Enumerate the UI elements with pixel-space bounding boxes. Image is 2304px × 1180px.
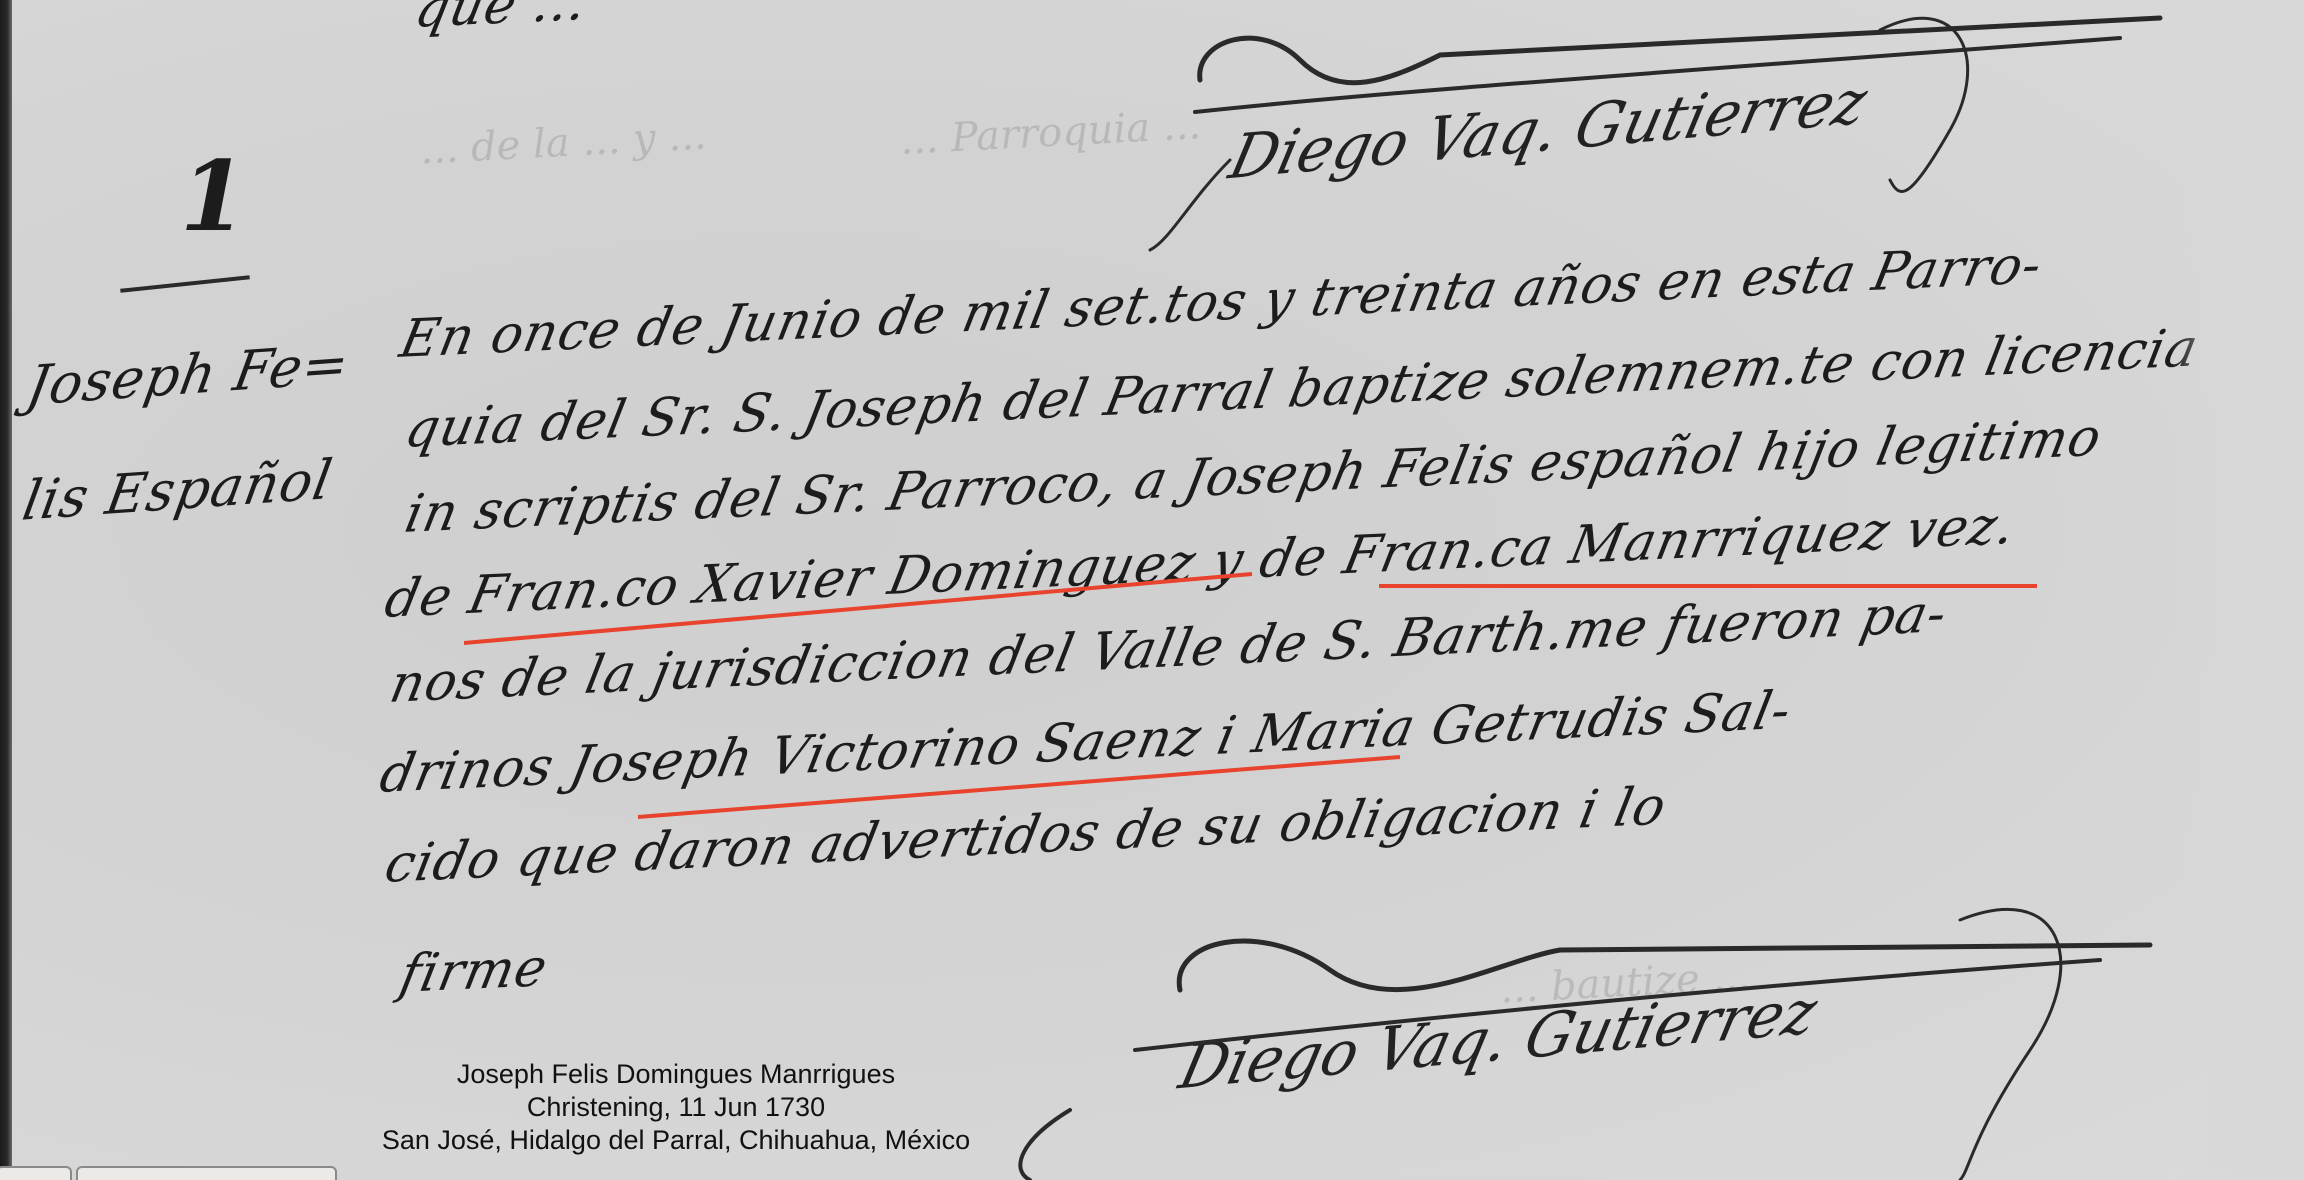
signature-top: Diego Vaq. Gutierrez [1223,66,1874,193]
top-text-fragment: que ... [410,0,593,40]
page-binding-edge [0,0,12,1180]
page-edge-fade [2170,0,2304,1180]
entry-number: 1 [180,140,248,253]
bleed-through-text: ... Parroquia ... [899,102,1202,164]
bleed-through-text: ... de la ... y ... [419,113,708,174]
caption-place: San José, Hidalgo del Parral, Chihuahua,… [340,1124,1012,1157]
bottom-tab-1[interactable] [0,1166,72,1180]
signature-bottom: Diego Vaq. Gutierrez [1173,976,1824,1103]
margin-name-line-2: lis Español [18,448,337,533]
entry-number-rule [120,275,250,293]
caption-person-name: Joseph Felis Domingues Manrrigues [340,1058,1012,1091]
manuscript-page: ... de la ... y ... ... Parroquia ... ..… [0,0,2304,1180]
record-line-8: firme [395,938,553,1005]
caption-event: Christening, 11 Jun 1730 [340,1091,1012,1124]
margin-name-line-1: Joseph Fe= [22,332,355,418]
record-caption: Joseph Felis Domingues Manrrigues Christ… [340,1058,1012,1157]
bottom-tab-2[interactable] [76,1166,337,1180]
